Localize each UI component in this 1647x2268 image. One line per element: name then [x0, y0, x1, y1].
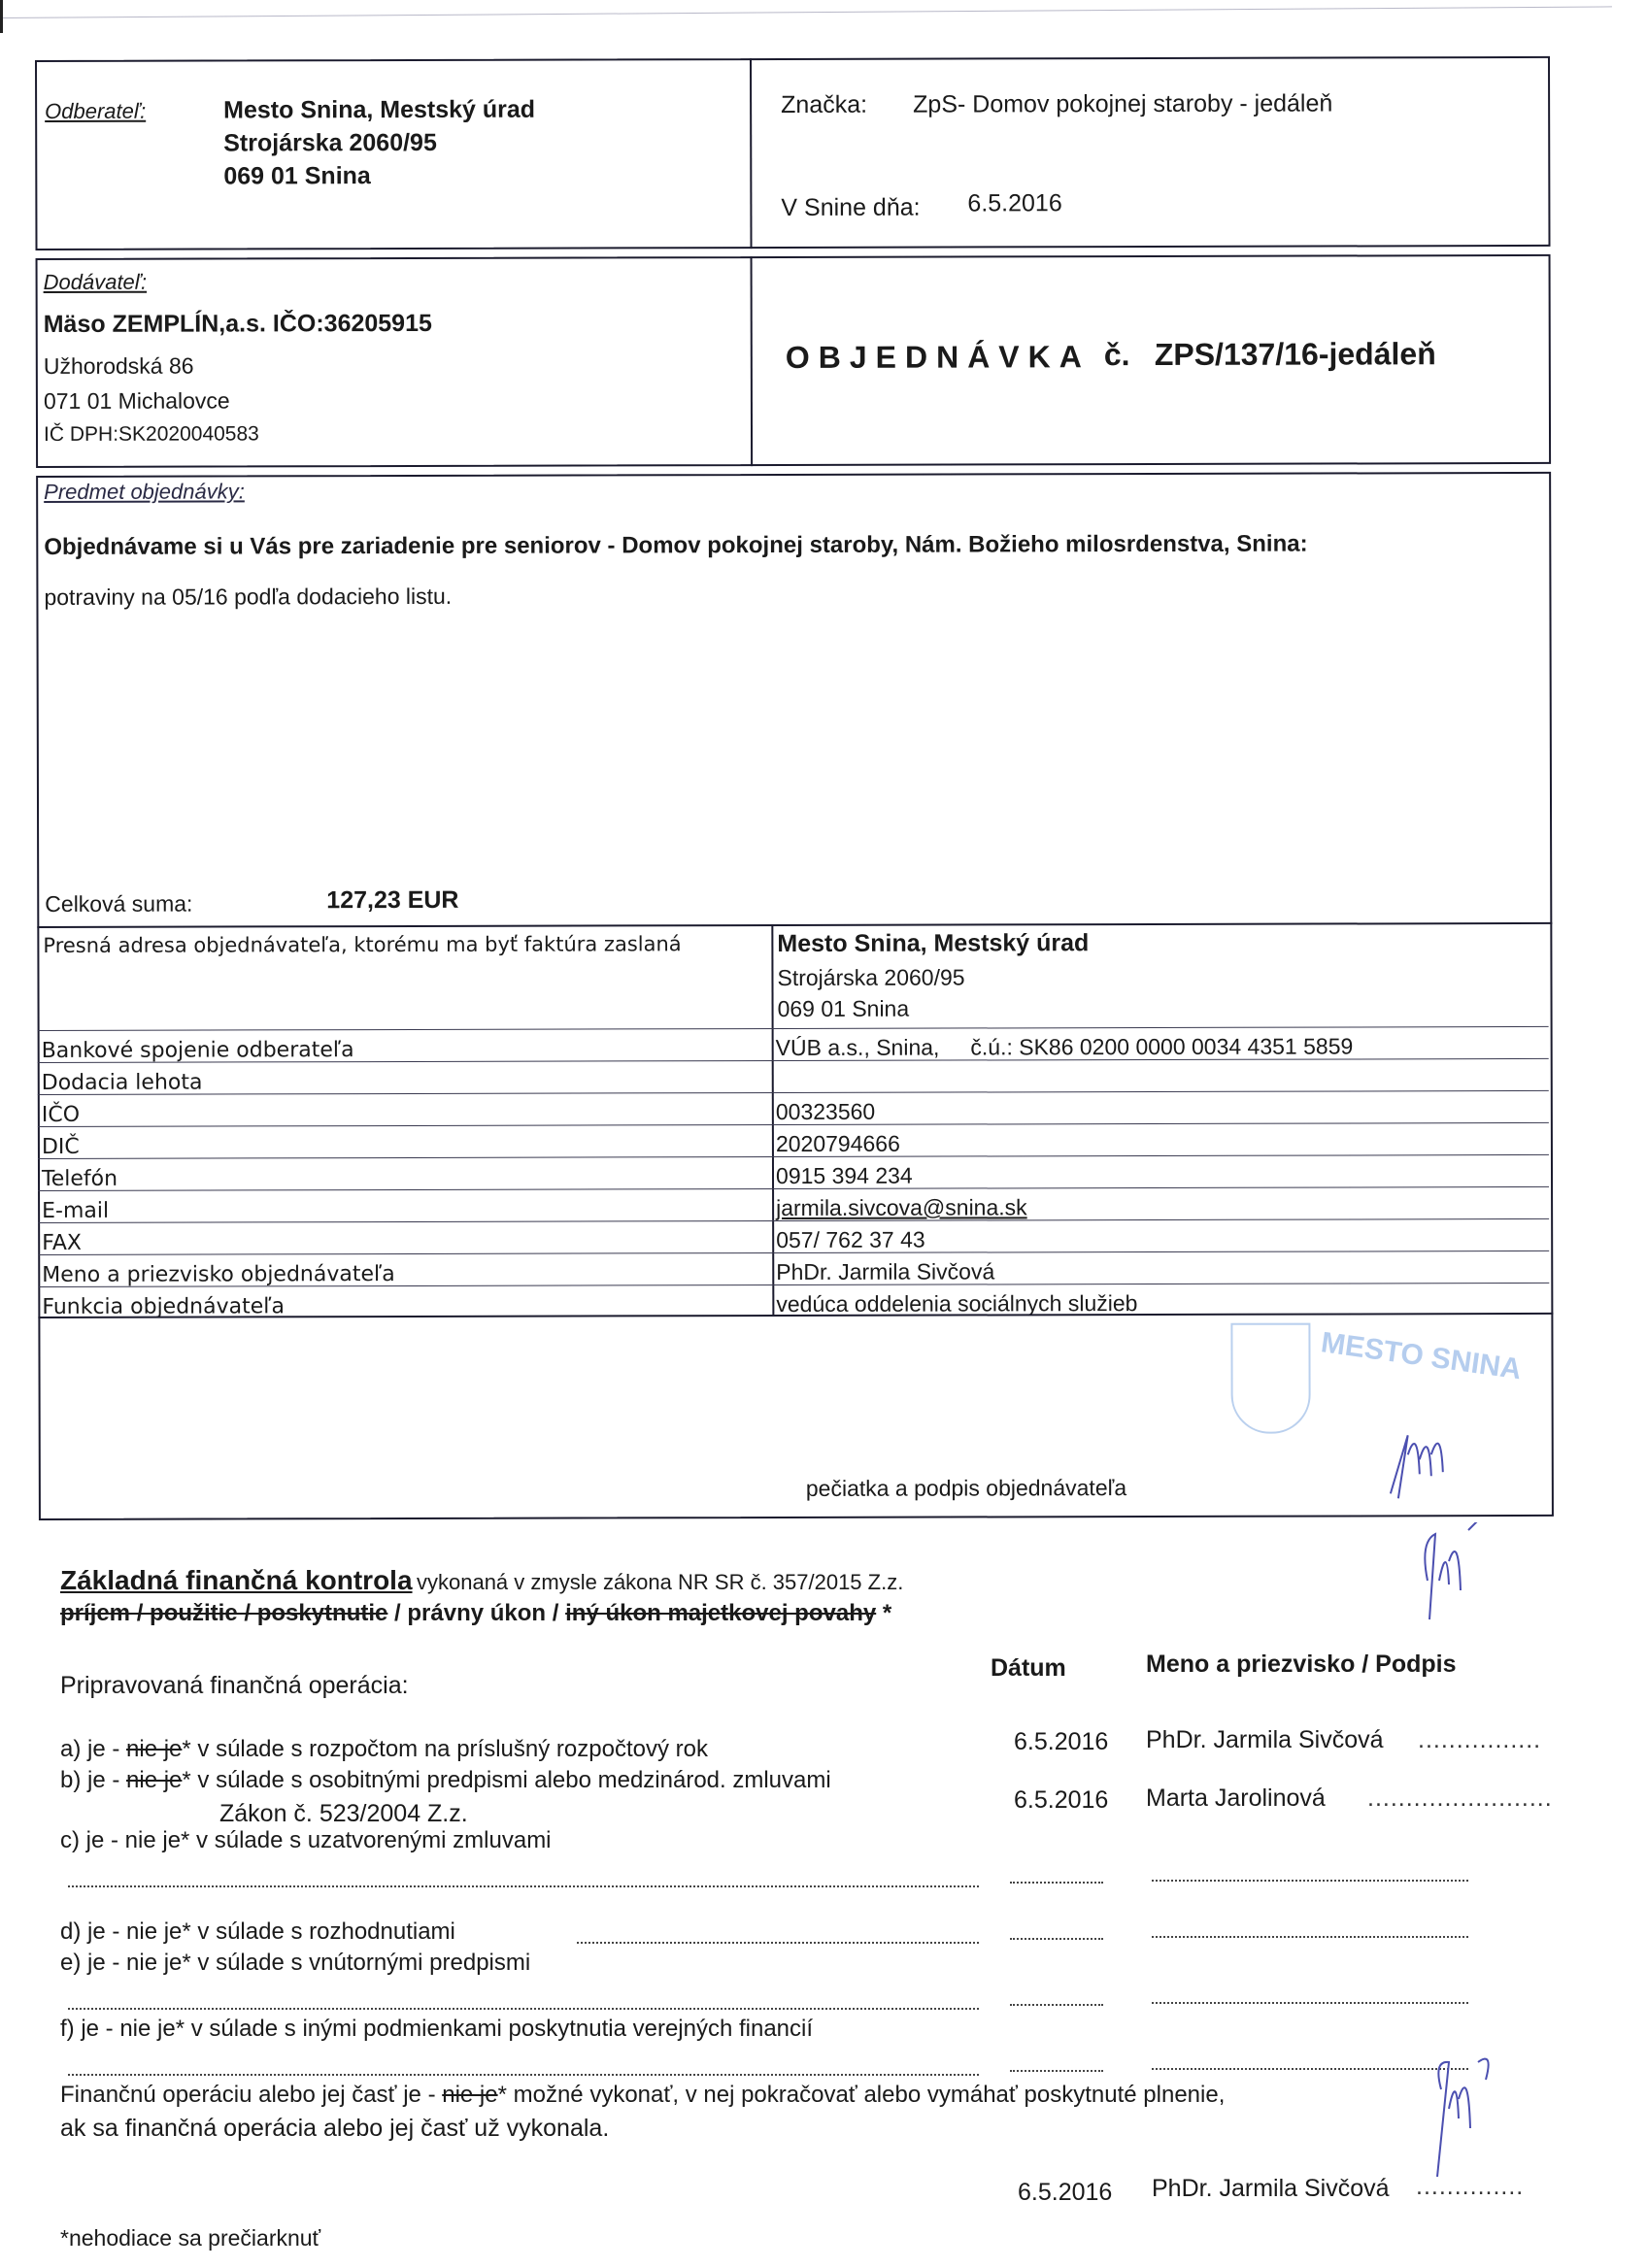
signature-line: ........................ — [1367, 1784, 1553, 1813]
order-number: ZPS/137/16-jedáleň — [1155, 336, 1436, 373]
control-title: Základná finančná kontrola — [60, 1565, 413, 1595]
total-value: 127,23 EUR — [326, 886, 458, 915]
final-date: 6.5.2016 — [1018, 2179, 1112, 2207]
final-prefix: Finančnú operáciu alebo jej časť je - — [60, 2082, 442, 2108]
control-item: e) je - nie je* v súlade s vnútornými pr… — [60, 1950, 530, 1977]
date-label: V Snine dňa: — [781, 194, 920, 222]
scan-artifact-edge — [0, 0, 3, 33]
details-label: DIČ — [42, 1135, 80, 1159]
control-item-prefix: c) je - nie je — [60, 1827, 181, 1853]
blank-line — [577, 1942, 979, 1944]
signature-icon — [1379, 1416, 1466, 1503]
supplier-label: Dodávateľ: — [44, 270, 148, 295]
prepared-label: Pripravovaná finančná operácia: — [60, 1672, 409, 1700]
odberatel-city: 069 01 Snina — [223, 162, 371, 190]
blank-signature-line — [1152, 1936, 1468, 1938]
details-row: Meno a priezvisko objednávateľaPhDr. Jar… — [38, 1251, 1549, 1287]
signature-line: ................ — [1418, 1726, 1541, 1754]
details-row: Dodacia lehota — [38, 1058, 1549, 1095]
details-row: FAX057/ 762 37 43 — [38, 1218, 1549, 1255]
blank-line — [68, 2008, 979, 2010]
date-value: 6.5.2016 — [967, 189, 1061, 217]
blank-date-line — [1010, 2004, 1103, 2006]
stamp-caption: pečiatka a podpis objednávateľa — [806, 1475, 1126, 1502]
order-number-prefix: č. — [1104, 337, 1130, 373]
order-form: Odberateľ: Mesto Snina, Mestský úrad Str… — [35, 56, 1554, 1520]
control-item-date: 6.5.2016 — [1014, 1728, 1108, 1756]
control-item-text: * v súlade s inými podmienkami poskytnut… — [176, 2016, 813, 2042]
details-value: VÚB a.s., Snina, č.ú.: SK86 0200 0000 00… — [776, 1033, 1354, 1061]
details-label: E-mail — [42, 1199, 109, 1223]
control-item: c) je - nie je* v súlade s uzatvorenými … — [60, 1827, 552, 1854]
control-item-text: * v súlade s vnútornými predpismi — [182, 1950, 530, 1976]
control-item: f) je - nie je* v súlade s inými podmien… — [60, 2016, 813, 2043]
total-label: Celková suma: — [45, 891, 192, 917]
control-item-prefix: a) je - — [60, 1736, 126, 1762]
subject-description: potraviny na 05/16 podľa dodacieho listu… — [44, 584, 452, 611]
control-item-prefix: e) je - nie je — [60, 1950, 182, 1976]
details-value: 2020794666 — [776, 1131, 900, 1157]
final-text: * možné vykonať, v nej pokračovať alebo … — [498, 2082, 1226, 2108]
control-item-signer: PhDr. Jarmila Sivčová — [1146, 1726, 1384, 1754]
details-row: Bankové spojenie odberateľaVÚB a.s., Sni… — [38, 1026, 1549, 1063]
order-title: OBJEDNÁVKA — [786, 339, 1091, 376]
supplier-vat: IČ DPH:SK2020040583 — [44, 422, 259, 447]
stamp-icon — [1230, 1323, 1310, 1434]
blank-line — [68, 2074, 979, 2076]
control-title-suffix: vykonaná v zmysle zákona NR SR č. 357/20… — [417, 1570, 903, 1594]
footnote: *nehodiace sa prečiarknuť — [60, 2225, 320, 2251]
details-label: IČO — [42, 1103, 80, 1127]
email-link[interactable]: jarmila.sivcova@snina.sk — [776, 1194, 1027, 1221]
blank-date-line — [1010, 2070, 1103, 2072]
blank-date-line — [1010, 1938, 1103, 1940]
details-row: DIČ2020794666 — [38, 1122, 1549, 1159]
blank-line — [68, 1885, 979, 1887]
invoice-address-label: Presná adresa objednávateľa, ktorému ma … — [43, 932, 681, 957]
control-type-sep: / — [387, 1600, 407, 1626]
odberatel-street: Strojárska 2060/95 — [223, 129, 437, 158]
control-item: a) je - nie je* v súlade s rozpočtom na … — [60, 1736, 708, 1763]
details-label: Meno a priezvisko objednávateľa — [42, 1262, 395, 1287]
subject-intro: Objednávame si u Vás pre zariadenie pre … — [44, 531, 1307, 561]
odberatel-name: Mesto Snina, Mestský úrad — [223, 96, 535, 125]
supplier-street: Užhorodská 86 — [44, 353, 194, 380]
subject-label: Predmet objednávky: — [44, 479, 245, 505]
control-item-struck: nie je — [126, 1767, 182, 1793]
details-label: Bankové spojenie odberateľa — [42, 1038, 354, 1063]
details-label: Telefón — [42, 1167, 118, 1191]
blank-date-line — [1010, 1882, 1103, 1884]
control-item-struck: nie je — [126, 1736, 182, 1762]
odberatel-label: Odberateľ: — [45, 99, 146, 124]
control-item-law: Zákon č. 523/2004 Z.z. — [219, 1800, 468, 1828]
control-item: d) je - nie je* v súlade s rozhodnutiami — [60, 1918, 455, 1946]
control-item-date: 6.5.2016 — [1014, 1786, 1108, 1815]
znacka-value: ZpS- Domov pokojnej staroby - jedáleň — [913, 90, 1332, 119]
signature-icon — [1420, 2051, 1497, 2186]
details-value: PhDr. Jarmila Sivčová — [776, 1258, 994, 1285]
supplier-city: 071 01 Michalovce — [44, 387, 230, 415]
control-item-prefix: b) je - — [60, 1767, 126, 1793]
details-row: Telefón0915 394 234 — [38, 1154, 1549, 1191]
scan-artifact-line — [0, 6, 1612, 19]
details-value: 057/ 762 37 43 — [776, 1227, 925, 1253]
signature-icon — [1410, 1522, 1488, 1629]
control-item-signer: Marta Jarolinová — [1146, 1784, 1326, 1813]
control-item-prefix: f) je - nie je — [60, 2016, 176, 2042]
control-type-kept: právny úkon — [407, 1600, 546, 1626]
supplier-name: Mäso ZEMPLÍN,a.s. IČO:36205915 — [44, 310, 432, 339]
details-row: IČO00323560 — [38, 1090, 1549, 1127]
znacka-label: Značka: — [781, 91, 867, 119]
control-item-prefix: d) je - nie je — [60, 1918, 182, 1945]
final-text-2: ak sa finančná operácia alebo jej časť u… — [60, 2115, 609, 2143]
invoice-address-name: Mesto Snina, Mestský úrad — [777, 929, 1089, 958]
details-value: 0915 394 234 — [776, 1163, 913, 1189]
details-label: FAX — [42, 1231, 82, 1255]
blank-signature-line — [1152, 1880, 1468, 1882]
details-table: Bankové spojenie odberateľaVÚB a.s., Sni… — [38, 1027, 1554, 1318]
col-name-header: Meno a priezvisko / Podpis — [1146, 1651, 1457, 1679]
final-struck: nie je — [442, 2082, 497, 2108]
control-item-text: * v súlade s osobitnými predpismi alebo … — [182, 1767, 830, 1793]
control-item: b) je - nie je* v súlade s osobitnými pr… — [60, 1767, 831, 1794]
col-date-header: Dátum — [991, 1654, 1066, 1683]
invoice-address-street: Strojárska 2060/95 — [777, 964, 964, 991]
control-type-star: * — [876, 1600, 891, 1626]
invoice-address-city: 069 01 Snina — [778, 996, 910, 1022]
control-item-text: * v súlade s uzatvorenými zmluvami — [181, 1827, 551, 1853]
blank-signature-line — [1152, 2002, 1468, 2004]
control-item-text: * v súlade s rozhodnutiami — [182, 1918, 454, 1945]
control-type-struck-1: príjem / použitie / poskytnutie — [60, 1600, 387, 1626]
details-label: Dodacia lehota — [42, 1071, 203, 1095]
details-row: E-mailjarmila.sivcova@snina.sk — [38, 1186, 1549, 1223]
final-name: PhDr. Jarmila Sivčová — [1152, 2175, 1390, 2203]
details-value: 00323560 — [776, 1099, 875, 1125]
control-item-text: * v súlade s rozpočtom na príslušný rozp… — [182, 1736, 708, 1762]
control-type-struck-2: iný úkon majetkovej povahy — [565, 1600, 876, 1626]
control-type-sep-2: / — [546, 1600, 565, 1626]
